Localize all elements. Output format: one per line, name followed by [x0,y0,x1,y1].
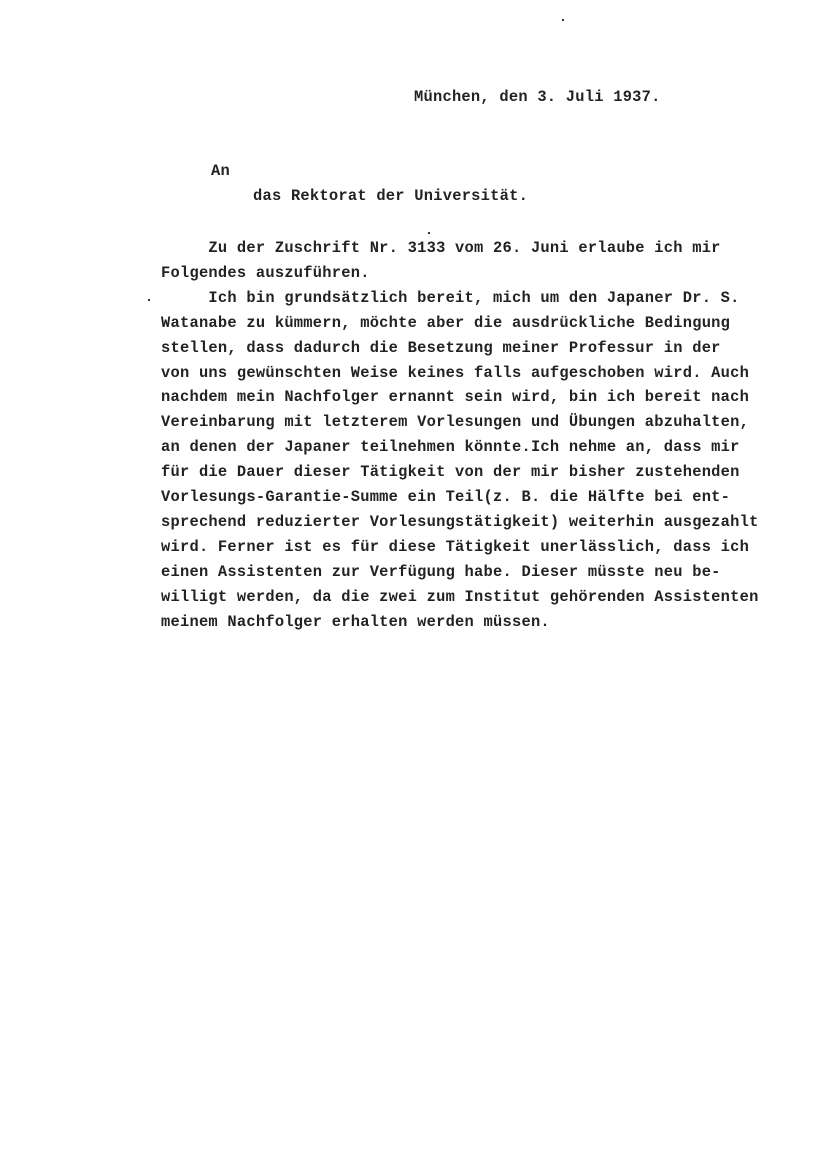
recipient-line: das Rektorat der Universität. [253,187,528,205]
body-line: nachdem mein Nachfolger ernannt sein wir… [161,388,749,406]
body-line: von uns gewünschten Weise keines falls a… [161,364,749,382]
body-line: an denen der Japaner teilnehmen könnte.I… [161,438,740,456]
body-line: Ich bin grundsätzlich bereit, mich um de… [161,289,740,307]
typewritten-letter-page: München, den 3. Juli 1937. An das Rektor… [0,0,826,1169]
body-line: einen Assistenten zur Verfügung habe. Di… [161,563,721,581]
paper-speck [148,299,150,301]
body-line: Vereinbarung mit letzterem Vorlesungen u… [161,413,749,431]
body-line: wird. Ferner ist es für diese Tätigkeit … [161,538,749,556]
body-line: Watanabe zu kümmern, möchte aber die aus… [161,314,730,332]
body-line: Vorlesungs-Garantie-Summe ein Teil(z. B.… [161,488,730,506]
body-line: willigt werden, da die zwei zum Institut… [161,588,759,606]
paper-speck [562,19,564,21]
place-date-line: München, den 3. Juli 1937. [414,88,661,106]
paper-speck [428,232,430,234]
body-line: sprechend reduzierter Vorlesungstätigkei… [161,513,759,531]
salutation-line: An [211,162,230,180]
body-line: für die Dauer dieser Tätigkeit von der m… [161,463,740,481]
body-line: stellen, dass dadurch die Besetzung mein… [161,339,721,357]
body-line: Zu der Zuschrift Nr. 3133 vom 26. Juni e… [161,239,721,257]
body-line: Folgendes auszuführen. [161,264,370,282]
body-line: meinem Nachfolger erhalten werden müssen… [161,613,550,631]
